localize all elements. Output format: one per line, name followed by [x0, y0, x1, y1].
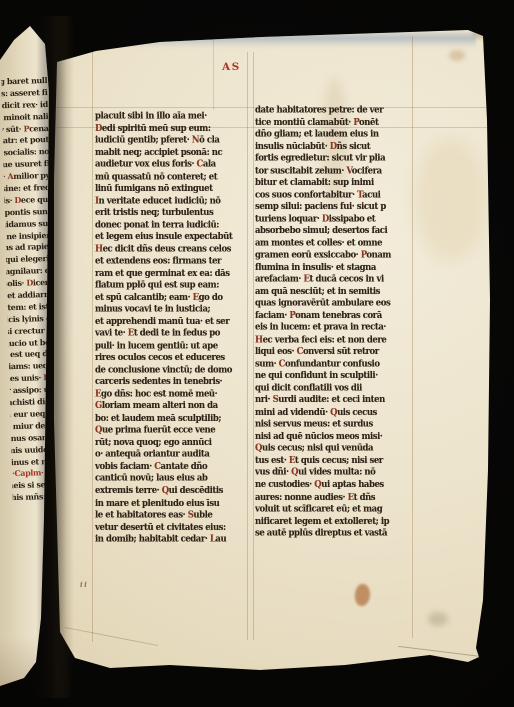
- left-page-text-line: s meis si sequi: [12, 479, 58, 492]
- crease-line-bottom-left: [65, 627, 158, 646]
- left-page-text-fragment: pnug baret nullur dñs: asseret fictus di…: [1, 75, 59, 504]
- stain-bottom-grey: [428, 612, 448, 626]
- text-line: in mare et plenitudo eius īsu: [95, 498, 250, 510]
- text-line: nisi ad quē nūcios meos misi·: [255, 431, 415, 443]
- text-line: cos suos confortabitur· Tacui: [255, 190, 415, 202]
- text-line: et spū calcantib; eam· Ego do: [95, 292, 250, 304]
- text-line: nisi servus meus: et surdus: [255, 419, 415, 431]
- text-line: aures: nonne audies· Et dñs: [255, 492, 415, 504]
- text-line: Quis cecus; nisi qui venūda: [255, 444, 415, 456]
- text-line: et apprehendi manū tua· et ser: [95, 317, 250, 329]
- left-page-text-line: diams: ueq a: [9, 360, 55, 373]
- text-line: ne custodies· Qui aptas habes: [255, 480, 415, 492]
- text-line: bitur et clamabit: sup inimi: [255, 178, 415, 190]
- left-page-text-line: Caplm· xlii·: [12, 467, 58, 480]
- text-line: fortis egredietur: sicut vir plia: [255, 153, 415, 165]
- right-page: AS placuit sibi in illo aīa mei·Dedi spi…: [0, 0, 514, 707]
- text-line: in domib; habitabit cedar· Lau: [95, 534, 250, 546]
- text-line: flumina in insulis· et stagna: [255, 262, 415, 274]
- left-page-text-line: n eur ueq ex: [10, 408, 56, 421]
- left-page-text-line: es unis· Pri: [9, 372, 55, 385]
- stain-right-margin: [414, 140, 486, 260]
- text-line: vavi te· Et dedi te in fedus po: [95, 329, 250, 341]
- text-line: mabit neq; accipiet psonā: nc: [95, 147, 250, 159]
- text-line: dño gliam; et laudem eius in: [255, 129, 415, 141]
- text-line: tor suscitabit zelum· Vocifera: [255, 165, 415, 177]
- text-line: iudiciū gentib; pferet· Nō cla: [95, 135, 250, 147]
- text-line: arefaciam· Et ducā cecos in vi: [255, 274, 415, 286]
- text-line: nri· Surdi audite: et ceci inten: [255, 395, 415, 407]
- text-line: mū quassatū nō conteret; et: [95, 171, 250, 183]
- header-guide-line: [213, 30, 214, 110]
- text-line: quas ignoravērūt ambulare eos: [255, 298, 415, 310]
- text-line: ne qui confidunt in sculptili·: [255, 371, 415, 383]
- running-title: AS: [222, 61, 241, 73]
- text-line: de conclusione vinctū; de domo: [95, 365, 250, 377]
- left-page-text-line: nchisti dicis: [10, 396, 56, 409]
- left-page-text-line: vox est ueq dei: [9, 348, 55, 361]
- text-line: nificaret legem et extolleret; ip: [255, 516, 415, 528]
- text-line: et legem eius insule expectabūt: [95, 232, 250, 244]
- text-line: gramen eorū exsiccabo· Ponam: [255, 250, 415, 262]
- left-page-text-line: inucio ut bea: [8, 336, 54, 349]
- ruling-line-vertical-3: [253, 52, 254, 640]
- text-line: qui dicit conflatili vos dii: [255, 383, 415, 395]
- left-page-text-line: pinus et mar: [12, 455, 58, 468]
- crease-line-bottom-right: [398, 646, 481, 657]
- text-line: insulis nūciabūt· Dñs sicut: [255, 141, 415, 153]
- left-page-text-line: nsi crectur la: [8, 325, 54, 338]
- text-line: sum· Confundantur confusio: [255, 359, 415, 371]
- text-line: mini ad videndū· Quis cecus: [255, 407, 415, 419]
- text-line: In veritate educet iudiciū; nō: [95, 196, 250, 208]
- manuscript-photo: pnug baret nullur dñs: asseret fictus di…: [0, 0, 514, 707]
- stain-red-wax: [354, 583, 372, 607]
- text-line: am quā nesciūt; et in semitis: [255, 286, 415, 298]
- left-page-text-line: i miur derili: [11, 420, 57, 433]
- page-top-blue-edge: [128, 32, 476, 48]
- text-line: eis in lucem: et prava in recta·: [255, 323, 415, 335]
- left-page-text-line: pinus osande: [11, 432, 57, 445]
- text-line: voluit ut scīficaret eū; et mag: [255, 504, 415, 516]
- text-line: rūt; nova quoq; ego annūci: [95, 437, 250, 449]
- text-line: flatum pplō qui est sup eam:: [95, 280, 250, 292]
- text-line: Gloriam meam alteri non da: [95, 401, 250, 413]
- text-line: absorbebo simul; desertos faci: [255, 226, 415, 238]
- text-line: tice montiū clamabūt· Ponēt: [255, 117, 415, 129]
- text-line: Dedi spiritū meū sup eum:: [95, 123, 250, 135]
- text-line: ram et que germinat ex ea: dās: [95, 268, 250, 280]
- text-line: o· antequā oriantur audita: [95, 450, 250, 462]
- text-line: erit tristis neq; turbulentus: [95, 208, 250, 220]
- text-line: audietur vox eius foris· Cala: [95, 159, 250, 171]
- text-line: Hec dicit dñs deus creans celos: [95, 244, 250, 256]
- left-page-edge: pnug baret nullur dñs: asseret fictus di…: [0, 18, 54, 696]
- text-line: canticū novū; laus eius ab: [95, 474, 250, 486]
- text-line: Que prima fuerūt ecce vene: [95, 425, 250, 437]
- text-line: faciam· Ponam tenebras corā: [255, 311, 415, 323]
- text-line: turiens loquar· Dissipabo et: [255, 214, 415, 226]
- text-line: et extendens eos: firmans ter: [95, 256, 250, 268]
- text-line: Ego dñs: hoc est nomē meū·: [95, 389, 250, 401]
- left-page-text-line: ulcis lyinis et: [8, 313, 54, 326]
- text-line: tus est· Et quis cecus; nisi ser: [255, 456, 415, 468]
- stain-corner-smudge: [473, 27, 487, 39]
- text-line: linū fumigans nō extinguet: [95, 184, 250, 196]
- left-page-text-line: chis mñs: un: [13, 491, 59, 504]
- left-page-text-line: mis uuiderit: [11, 443, 57, 456]
- text-line: vobis faciam· Cantate dño: [95, 462, 250, 474]
- text-line: se autē pplūs direptus et vastā: [255, 528, 415, 540]
- text-line: donec ponat in terra iudiciū:: [95, 220, 250, 232]
- text-line: rires oculos cecos et educeres: [95, 353, 250, 365]
- text-line: le et habitatores eas· Suble: [95, 510, 250, 522]
- stain-top-spot: [449, 50, 465, 61]
- text-line: Hec verba feci eis: et non dere: [255, 335, 415, 347]
- text-line: placuit sibi in illo aīa mei·: [95, 111, 250, 123]
- left-page-text-line: mr assipo: uis: [10, 384, 56, 397]
- text-column-right: date habitatores petre: de vertice monti…: [255, 105, 415, 550]
- text-line: am montes et colles· et omne: [255, 238, 415, 250]
- text-line: bo: et laudem meā sculptilib;: [95, 413, 250, 425]
- quire-mark: ii: [80, 580, 88, 589]
- text-column-left: placuit sibi in illo aīa mei·Dedi spirit…: [95, 111, 250, 552]
- ruling-line-vertical-1: [92, 42, 93, 642]
- text-line: vetur desertū et civitates eius:: [95, 522, 250, 534]
- text-line: liqui eos· Conversi sūt retror: [255, 347, 415, 359]
- text-line: puli· in lucem gentiū: ut ape: [95, 341, 250, 353]
- text-line: carceris sedentes in tenebris·: [95, 377, 250, 389]
- text-line: extremis terre· Qui descēditis: [95, 486, 250, 498]
- text-line: semp silui: paciens fui· sicut p: [255, 202, 415, 214]
- text-line: vus dñi· Qui vides multa: nō: [255, 468, 415, 480]
- text-line: minus vocavi te in iusticia;: [95, 304, 250, 316]
- text-line: date habitatores petre: de ver: [255, 105, 415, 117]
